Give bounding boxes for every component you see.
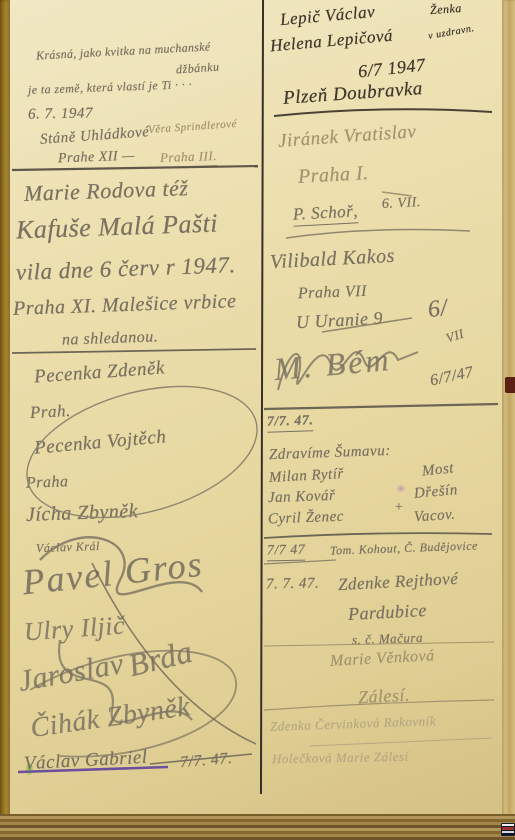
handwriting-signature: Pecenka Vojtěch <box>33 426 167 459</box>
handwriting-text: na shledanou. <box>62 328 159 349</box>
handwriting-poem-line2: džbánku <box>176 60 220 78</box>
handwriting-signature: P. Schoř, <box>292 201 358 226</box>
handwriting-name: Tom. Kohout, Č. Budějovice <box>330 538 478 558</box>
ink-underline <box>274 109 492 116</box>
handwriting-place: Praha III. <box>160 148 218 168</box>
handwriting-name: Vilibald Kakos <box>269 245 395 275</box>
handwriting-place: Vacov. <box>413 507 456 527</box>
page-edge-mark <box>505 377 515 393</box>
handwriting-date: 7/7. 47. <box>179 750 233 773</box>
page-stack-right-edge <box>502 0 515 840</box>
guestbook-page-scan: Krásná, jako kvitka na muchanské džbánku… <box>0 0 515 840</box>
page-stack-bottom-edge <box>0 814 515 840</box>
handwriting-name: Holečková Marie Zálesí <box>272 749 409 767</box>
handwriting-name: Jiránek Vratislav <box>277 121 417 153</box>
handwriting-signature-scrawl: Václav Gabriel <box>24 747 149 775</box>
handwriting-date-fraction-bottom: VII <box>444 326 466 347</box>
separator-line <box>264 404 498 409</box>
handwriting-date: 6. 7. 1947 <box>28 105 93 123</box>
handwriting-place: Dřešín <box>413 482 458 503</box>
handwriting-signature: Jícha Zbyněk <box>26 500 139 527</box>
handwriting-place: Pardubice <box>348 600 428 625</box>
handwriting-place: Zálesí. <box>357 685 410 709</box>
handwriting-poem-line1: Krásná, jako kvitka na muchanské <box>36 39 211 63</box>
handwriting-date: 6/7/47 <box>429 364 476 391</box>
handwriting-place: Most <box>421 460 455 480</box>
handwriting-note: v uzdravn. <box>427 23 475 42</box>
handwriting-place: Praha VII <box>298 283 368 303</box>
handwriting-note: Ženka <box>430 1 463 18</box>
handwriting-greeting: Zdravíme Šumavu: <box>269 443 391 464</box>
column-divider-line <box>260 0 264 794</box>
handwriting-name: Milan Rytíř <box>269 466 345 487</box>
handwriting-signature-scrawl: Ulry Iljič <box>23 611 126 648</box>
handwriting-place: Prah. <box>30 401 72 423</box>
scan-artifact-icon <box>501 823 515 836</box>
handwriting-place: Praha XI. Malešice vrbice <box>13 290 237 321</box>
handwriting-date: 6. VII. <box>382 195 422 213</box>
handwriting-place: Prahe XII — <box>58 149 136 168</box>
handwriting-date: 7/7 47 <box>267 543 306 562</box>
handwriting-name: Helena Lepičová <box>269 26 393 57</box>
separator-line <box>12 349 256 353</box>
handwriting-signature: Stáně Uhládkové <box>40 124 150 149</box>
handwriting-date-fraction-top: 6/ <box>426 295 449 324</box>
handwriting-note: s. č. Mačura <box>352 630 424 648</box>
handwriting-place: Plzeň Doubravka <box>282 78 423 110</box>
handwriting-signature-scrawl: Brda <box>124 633 196 685</box>
handwriting-signature-scrawl: Jaroslav <box>16 647 126 699</box>
handwriting-name: Marie Věnková <box>330 647 435 670</box>
separator-line <box>310 738 492 746</box>
handwriting-name: Zdenka Červinková Rakovník <box>270 713 437 735</box>
cross-mark: + <box>394 500 404 516</box>
handwriting-name: Lepič Václav <box>279 2 376 30</box>
separator-line <box>12 166 258 170</box>
paper-smudge <box>396 484 406 493</box>
handwriting-place: Praha I. <box>297 162 369 189</box>
handwriting-name: Marie Rodova též <box>24 175 189 207</box>
separator-line <box>264 533 492 538</box>
handwriting-signature: Pecenka Zdeněk <box>33 357 165 388</box>
handwriting-date: 7/7. 47. <box>267 413 314 433</box>
handwriting-place: Praha <box>26 473 69 492</box>
handwriting-name: Kafuše Malá Pašti <box>16 208 219 245</box>
handwriting-date: 7. 7. 47. <box>266 576 320 594</box>
handwriting-text: vila dne 6 červ r 1947. <box>16 252 237 286</box>
handwriting-name: Jan Kovář <box>268 488 336 507</box>
handwriting-signature: Věra Sprindlerové <box>148 118 238 136</box>
pencil-underline <box>286 230 470 238</box>
book-binding-edge <box>0 0 10 840</box>
handwriting-poem-line3: je ta země, která vlastí je Ti · · · <box>28 77 192 98</box>
handwriting-signature-scrawl: M. Bém <box>273 341 393 388</box>
handwriting-name: Zdenke Rejthové <box>338 569 459 595</box>
handwriting-street: U Uranie 9 <box>296 308 384 334</box>
handwriting-signature-scrawl: Čihák Zbyněk <box>29 691 193 745</box>
handwriting-name: Cyril Ženec <box>268 509 344 529</box>
